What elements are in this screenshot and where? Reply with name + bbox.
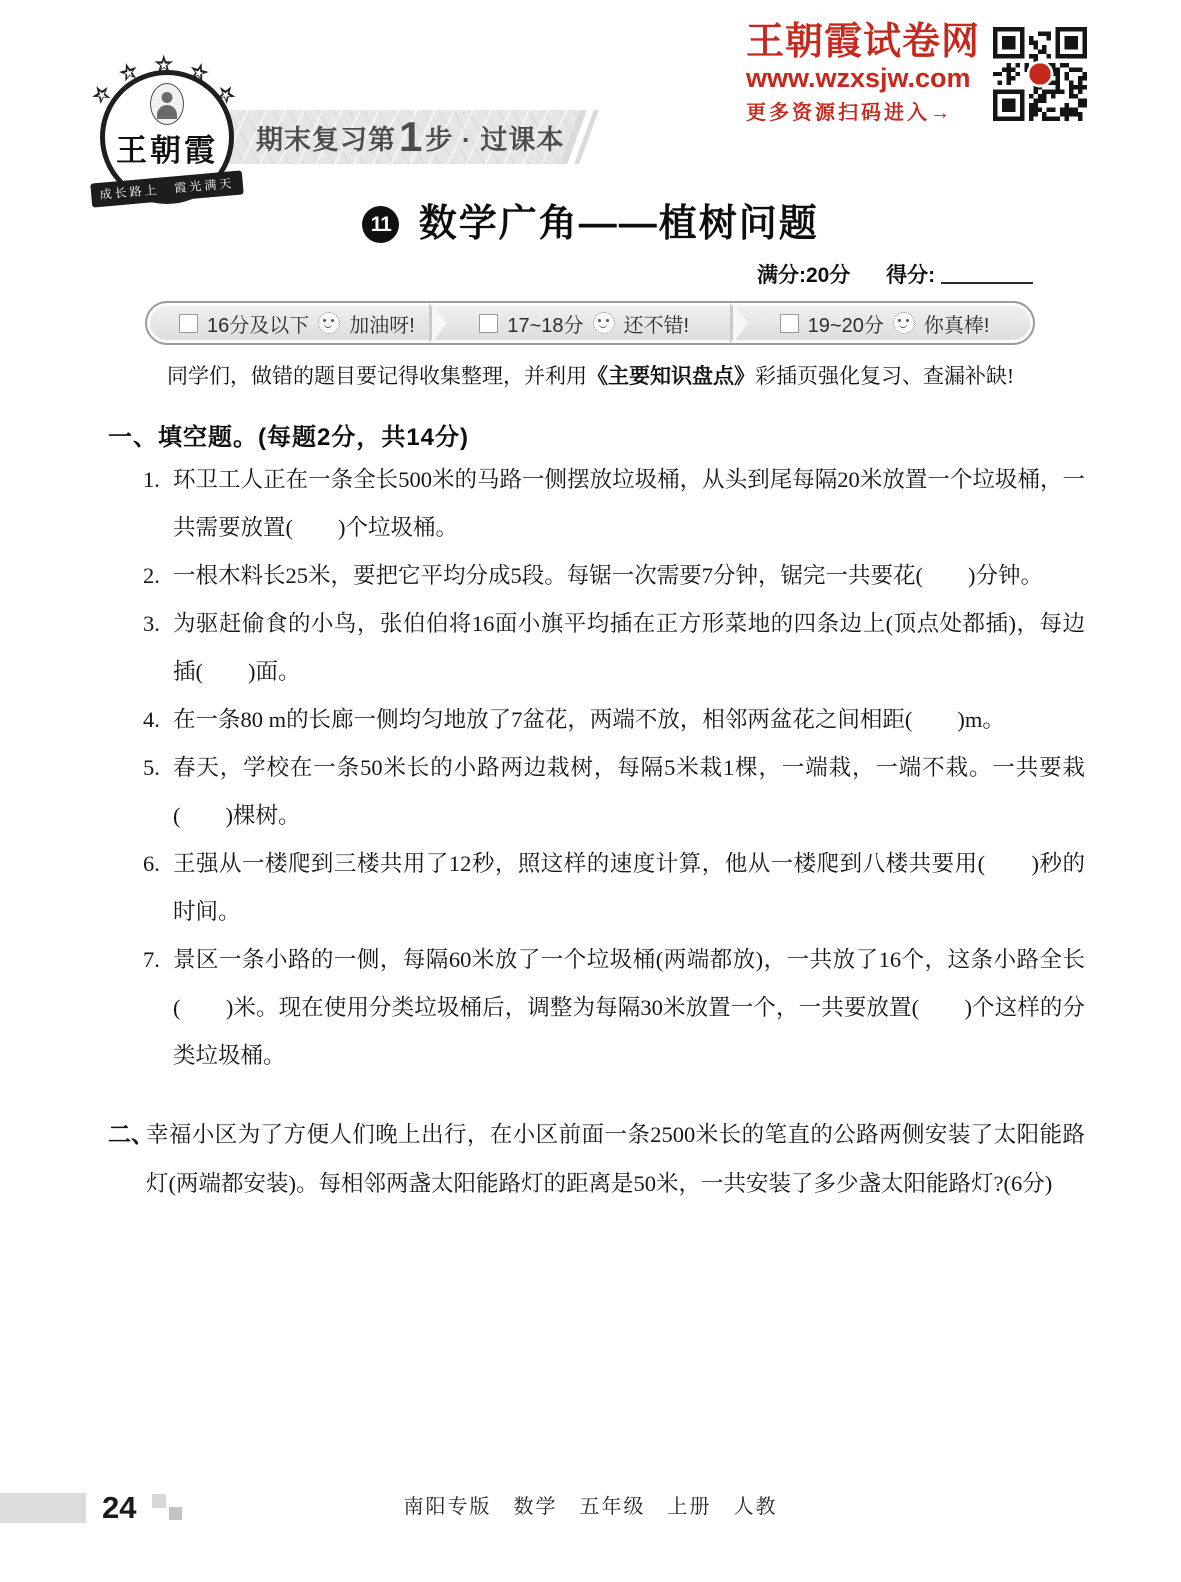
portrait-icon [150, 83, 184, 125]
question-number: 2. [143, 552, 160, 600]
banner-prefix: 期末复习第 [256, 118, 396, 157]
brand-site-url: www.wzxsjw.com [746, 63, 980, 94]
star-icon: ★ [185, 58, 212, 87]
score-range: 17~18分 [507, 309, 583, 338]
question-number: 1. [143, 456, 160, 504]
question-text: 在一条80 m的长廊一侧均匀地放了7盆花，两端不放，相邻两盆花之间相距( )m。 [173, 707, 1005, 732]
page-header: ★ ★ ★ ★ ★ 王朝霞 成长路上 霞光满天 期末复习第 1 步 · 过课本 … [0, 0, 1181, 176]
star-icon: ★ [86, 79, 117, 111]
score-checkbox[interactable] [780, 314, 799, 333]
question-item: 2. 一根木料长25米，要把它平均分成5段。每锯一次需要7分钟，锯完一共要花( … [143, 552, 1085, 600]
notice-highlight: 《主要知识盘点》 [587, 365, 755, 388]
worksheet-page: ★ ★ ★ ★ ★ 王朝霞 成长路上 霞光满天 期末复习第 1 步 · 过课本 … [0, 0, 1181, 1582]
step-banner: 期末复习第 1 步 · 过课本 [228, 110, 580, 164]
footer-square-decoration [169, 1507, 182, 1520]
question-item: 1. 环卫工人正在一条全长500米的马路一侧摆放垃圾桶，从头到尾每隔20米放置一… [143, 456, 1085, 552]
footer-square-decoration [152, 1494, 166, 1508]
score-checkbox[interactable] [179, 314, 198, 333]
brand-texts: 王朝霞试卷网 www.wzxsjw.com 更多资源扫码进入→ [746, 22, 980, 125]
question-item: 7. 景区一条小路的一侧，每隔60米放了一个垃圾桶(两端都放)，一共放了16个，… [143, 936, 1085, 1080]
score-range: 16分及以下 [207, 309, 309, 338]
score-checkbox[interactable] [479, 314, 498, 333]
question-text: 王强从一楼爬到三楼共用了12秒，照这样的速度计算，他从一楼爬到八楼共要用( )秒… [173, 851, 1085, 924]
score-segment: 17~18分 还不错! [447, 309, 732, 338]
question-number: 5. [143, 744, 160, 792]
score-line: 满分:20分 得分: [0, 259, 1033, 289]
star-icon: ★ [153, 53, 175, 77]
question-number: 3. [143, 600, 160, 648]
score-segment: 16分及以下 加油呀! [147, 309, 432, 338]
score-praise: 还不错! [624, 309, 690, 338]
banner-suffix: 步 · 过课本 [425, 118, 564, 157]
chapter-number-badge: 11 [362, 206, 399, 243]
page-number-bar [0, 1493, 86, 1523]
question-number: 7. [143, 936, 160, 984]
cheer-face-icon [318, 312, 340, 334]
logo-name: 王朝霞 [105, 125, 229, 170]
brand-logo-badge: ★ ★ ★ ★ ★ 王朝霞 成长路上 霞光满天 [100, 70, 234, 204]
question-text: 为驱赶偷食的小鸟，张伯伯将16面小旗平均插在正方形菜地的四条边上(顶点处都插)，… [173, 611, 1085, 684]
question-text: 环卫工人正在一条全长500米的马路一侧摆放垃圾桶，从头到尾每隔20米放置一个垃圾… [173, 467, 1085, 540]
segment-divider [733, 303, 748, 343]
question-item: 3. 为驱赶偷食的小鸟，张伯伯将16面小旗平均插在正方形菜地的四条边上(顶点处都… [143, 600, 1085, 696]
question-item: 5. 春天，学校在一条50米长的小路两边栽树，每隔5米栽1棵，一端栽，一端不栽。… [143, 744, 1085, 840]
question-item: 6. 王强从一楼爬到三楼共用了12秒，照这样的速度计算，他从一楼爬到八楼共要用(… [143, 840, 1085, 936]
happy-face-icon [893, 312, 915, 334]
banner-step-number: 1 [399, 116, 422, 158]
page-number-block: 24 [0, 1490, 182, 1526]
qr-code-icon [993, 27, 1087, 121]
score-blank-field[interactable] [941, 264, 1033, 284]
chapter-title: 数学广角——植树问题 [419, 203, 819, 245]
section2-word-problem: 二、 幸福小区为了方便人们晚上出行，在小区前面一条2500米长的笔直的公路两侧安… [108, 1110, 1085, 1208]
question-list: 1. 环卫工人正在一条全长500米的马路一侧摆放垃圾桶，从头到尾每隔20米放置一… [143, 456, 1085, 1080]
star-icon: ★ [210, 79, 241, 111]
brand-site-name: 王朝霞试卷网 [746, 22, 980, 63]
score-segment: 19~20分 你真棒! [748, 309, 1033, 338]
review-notice: 同学们，做错的题目要记得收集整理，并利用《主要知识盘点》彩插页强化复习、查漏补缺… [0, 360, 1181, 390]
brand-tagline: 更多资源扫码进入→ [746, 96, 980, 125]
question-text: 一根木料长25米，要把它平均分成5段。每锯一次需要7分钟，锯完一共要花( )分钟… [173, 563, 1043, 588]
page-number: 24 [102, 1490, 136, 1526]
smile-face-icon [593, 312, 615, 334]
section1-heading: 一、填空题。(每题2分，共14分) [108, 417, 1081, 452]
section2-text: 幸福小区为了方便人们晚上出行，在小区前面一条2500米长的笔直的公路两侧安装了太… [146, 1122, 1085, 1196]
full-score-label: 满分:20分 [757, 264, 850, 287]
question-text: 景区一条小路的一侧，每隔60米放了一个垃圾桶(两端都放)，一共放了16个，这条小… [173, 947, 1085, 1068]
section2-label: 二、 [108, 1110, 154, 1159]
question-item: 4. 在一条80 m的长廊一侧均匀地放了7盆花，两端不放，相邻两盆花之间相距( … [143, 696, 1085, 744]
question-number: 6. [143, 840, 160, 888]
score-praise: 你真棒! [924, 309, 990, 338]
question-text: 春天，学校在一条50米长的小路两边栽树，每隔5米栽1棵，一端栽，一端不栽。一共要… [173, 755, 1085, 828]
segment-divider [432, 303, 447, 343]
score-range: 19~20分 [808, 309, 884, 338]
score-label: 得分: [886, 264, 935, 287]
question-number: 4. [143, 696, 160, 744]
notice-suffix: 彩插页强化复习、查漏补缺! [755, 364, 1014, 388]
notice-prefix: 同学们，做错的题目要记得收集整理，并利用 [167, 364, 587, 388]
page-footer: 24 南阳专版 数学 五年级 上册 人教 [0, 1488, 1181, 1526]
star-icon: ★ [115, 58, 142, 87]
score-rating-bar: 16分及以下 加油呀! 17~18分 还不错! 19~20分 你真棒! [145, 301, 1035, 345]
score-praise: 加油呀! [349, 309, 415, 338]
brand-block: 王朝霞试卷网 www.wzxsjw.com 更多资源扫码进入→ [746, 22, 1087, 125]
